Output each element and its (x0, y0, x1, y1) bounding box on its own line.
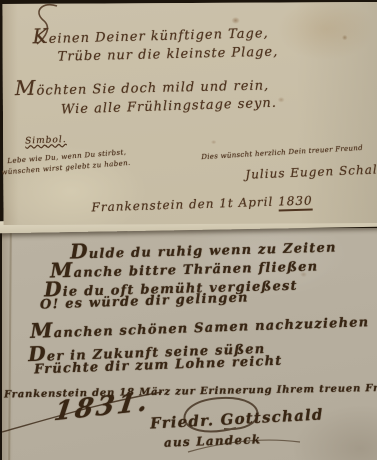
poem-line: Keinen Deiner künftigen Tage, (32, 18, 269, 48)
dedication-line: Dies wünscht herzlich Dein treuer Freund (201, 144, 363, 161)
signature-lower: Friedr. Gottschald (150, 405, 324, 432)
paper-crease (8, 228, 12, 460)
album-leaf-1831: Dulde du ruhig wenn zu Zeiten Manche bit… (2, 228, 377, 460)
poem-line: Trübe nur die kleinste Plage, (58, 45, 279, 65)
manuscript-photo: Keinen Deiner künftigen Tage, Trübe nur … (0, 0, 377, 460)
motto-label: Simbol. (25, 135, 67, 147)
poem-line: Möchten Sie doch mild und rein, (15, 70, 270, 100)
poem-line: Wie alle Frühlingstage seyn. (61, 96, 277, 118)
dateline-place: Frankenstein den 1t April (91, 195, 278, 215)
dateline-1830: Frankenstein den 1t April 1830 (91, 193, 313, 214)
signature-julius: Julius Eugen Schallinger (245, 161, 377, 182)
album-leaf-1830: Keinen Deiner künftigen Tage, Trübe nur … (2, 2, 377, 225)
signature-origin: aus Landeck (164, 432, 262, 449)
dateline-year: 1830 (278, 193, 313, 211)
